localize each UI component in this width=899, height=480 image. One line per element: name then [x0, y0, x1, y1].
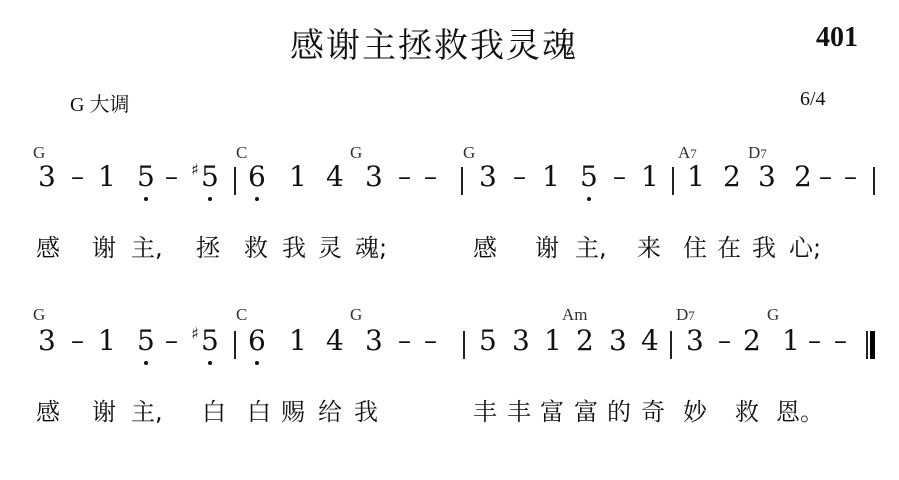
barline: [463, 331, 465, 359]
lyric-char: 住: [683, 228, 707, 263]
lyric-char: 我: [282, 228, 306, 263]
note-number: 2: [794, 163, 812, 191]
lower-octave-dot: [208, 197, 212, 201]
chord-symbol: D7: [676, 305, 695, 325]
hymn-number: 401: [816, 22, 858, 54]
note-number: 3: [38, 163, 56, 191]
chord-symbol: G: [463, 143, 475, 163]
note-number: 1: [98, 163, 116, 191]
lyric-char: 救: [735, 392, 759, 427]
note-number: 3: [609, 327, 627, 355]
chord-symbol: C: [236, 305, 247, 325]
chord-symbol: G: [350, 143, 362, 163]
lyric-char: 恩。: [776, 392, 824, 427]
lower-octave-dot: [255, 361, 259, 365]
chord-symbol: C: [236, 143, 247, 163]
note-number: 5: [479, 327, 497, 355]
lyric-char: 谢: [535, 228, 559, 263]
note-number: 5: [201, 327, 219, 355]
lyric-char: 我: [354, 392, 378, 427]
chord-extension: 7: [690, 146, 697, 161]
lyric-char: 白: [202, 392, 226, 427]
lyric-char: 富: [540, 392, 564, 427]
lower-octave-dot: [144, 361, 148, 365]
lower-octave-dot: [255, 197, 259, 201]
lyric-char: 白: [247, 392, 271, 427]
note-number: 2: [723, 163, 741, 191]
note-number: 5: [137, 163, 155, 191]
barline: [873, 167, 875, 195]
lyric-char: 给: [318, 392, 342, 427]
sharp-icon: ♯: [191, 162, 199, 178]
note-number: 1: [641, 163, 659, 191]
lyric-char: 我: [752, 228, 776, 263]
note-number: 4: [326, 163, 344, 191]
note-number: 3: [758, 163, 776, 191]
chord-extension: 7: [688, 308, 695, 323]
chord-symbol: G: [350, 305, 362, 325]
lyric-char: 拯: [196, 228, 220, 263]
lyric-char: 主,: [575, 228, 607, 263]
lyric-char: 感: [36, 228, 60, 263]
lyric-char: 富: [574, 392, 598, 427]
lyric-char: 感: [36, 392, 60, 427]
lyric-char: 主,: [131, 392, 163, 427]
note-number: 3: [365, 327, 383, 355]
lyric-char: 魂;: [355, 228, 387, 263]
duration-dash: –: [513, 164, 526, 190]
barline: [672, 167, 674, 195]
lyric-char: 妙: [683, 392, 707, 427]
lyric-char: 的: [607, 392, 631, 427]
duration-dash: –: [398, 164, 411, 190]
barline: [234, 167, 236, 195]
chord-symbol: G: [33, 305, 45, 325]
barline: [234, 331, 236, 359]
lower-octave-dot: [587, 197, 591, 201]
hymn-title: 感谢主拯救我灵魂: [290, 18, 578, 67]
lyric-char: 在: [717, 228, 741, 263]
lower-octave-dot: [208, 361, 212, 365]
note-number: 1: [544, 327, 562, 355]
lyric-char: 救: [244, 228, 268, 263]
lyric-char: 心;: [789, 228, 821, 263]
note-number: 3: [479, 163, 497, 191]
note-number: 6: [248, 327, 266, 355]
duration-dash: –: [808, 328, 821, 354]
note-number: 5: [580, 163, 598, 191]
final-barline: [870, 331, 875, 359]
chord-extension: 7: [760, 146, 767, 161]
key-signature: G 大调: [70, 88, 129, 117]
lyric-char: 赐: [281, 392, 305, 427]
sharp-icon: ♯: [191, 326, 199, 342]
lyric-char: 奇: [641, 392, 665, 427]
chord-symbol: Am: [562, 305, 588, 325]
lyric-char: 灵: [318, 228, 342, 263]
barline: [461, 167, 463, 195]
lyric-char: 主,: [131, 228, 163, 263]
duration-dash: –: [844, 164, 857, 190]
note-number: 6: [248, 163, 266, 191]
note-number: 1: [289, 327, 307, 355]
lyric-char: 丰: [473, 392, 497, 427]
note-number: 1: [98, 327, 116, 355]
duration-dash: –: [613, 164, 626, 190]
note-number: 4: [326, 327, 344, 355]
note-number: 5: [201, 163, 219, 191]
barline: [866, 331, 868, 359]
note-number: 2: [576, 327, 594, 355]
duration-dash: –: [424, 164, 437, 190]
barline: [670, 331, 672, 359]
lyric-char: 感: [473, 228, 497, 263]
lyric-char: 丰: [507, 392, 531, 427]
note-number: 4: [641, 327, 659, 355]
note-number: 2: [743, 327, 761, 355]
duration-dash: –: [71, 328, 84, 354]
duration-dash: –: [834, 328, 847, 354]
duration-dash: –: [165, 328, 178, 354]
time-signature: 6/4: [800, 88, 826, 111]
note-number: 5: [137, 327, 155, 355]
note-number: 1: [289, 163, 307, 191]
note-number: 3: [686, 327, 704, 355]
note-number: 3: [365, 163, 383, 191]
lyric-char: 来: [637, 228, 661, 263]
note-number: 3: [512, 327, 530, 355]
duration-dash: –: [165, 164, 178, 190]
note-number: 1: [542, 163, 560, 191]
chord-symbol: G: [767, 305, 779, 325]
lyric-char: 谢: [92, 228, 116, 263]
duration-dash: –: [71, 164, 84, 190]
note-number: 1: [687, 163, 705, 191]
note-number: 3: [38, 327, 56, 355]
duration-dash: –: [424, 328, 437, 354]
lyric-char: 谢: [92, 392, 116, 427]
duration-dash: –: [398, 328, 411, 354]
duration-dash: –: [718, 328, 731, 354]
note-number: 1: [782, 327, 800, 355]
duration-dash: –: [819, 164, 832, 190]
lower-octave-dot: [144, 197, 148, 201]
